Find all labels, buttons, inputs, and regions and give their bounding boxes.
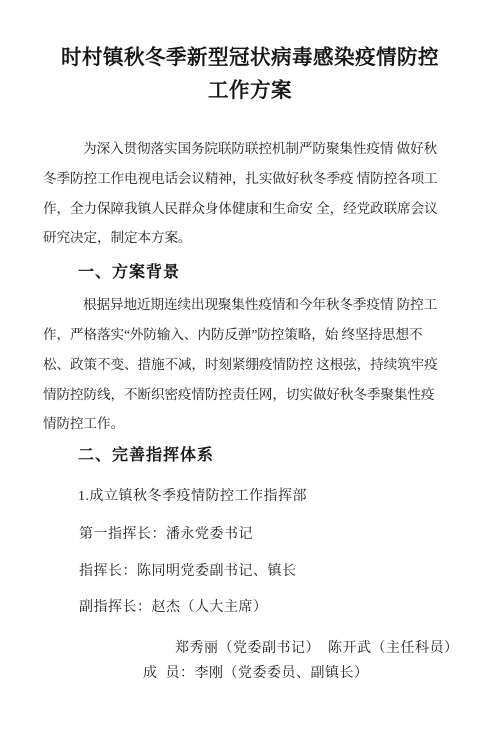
intro-paragraph-line: 为深入贯彻落实国务院联防联控机制严防聚集性疫情 做好秋 bbox=[83, 141, 437, 157]
section-1-paragraph-line: 松、政策不变、措施不减，时刻紧绷疫情防控 这根弦，持续筑牢疫 bbox=[43, 357, 438, 373]
section-1-paragraph-line: 根据异地近期连续出现聚集性疫情和今年秋冬季疫情 防控工 bbox=[83, 297, 437, 313]
intro-paragraph-line: 作，全力保障我镇人民群众身体健康和生命安 全，经党政联席会议 bbox=[43, 201, 438, 217]
role-commander: 指挥长：陈同明党委副书记、镇长 bbox=[79, 564, 297, 580]
role-first-commander: 第一指挥长：潘永党委书记 bbox=[79, 527, 253, 543]
section-1-paragraph-line: 作，严格落实“外防输入、内防反弹”防控策略，始 终坚持思想不 bbox=[43, 327, 423, 343]
role-deputy-commander: 副指挥长：赵杰（人大主席） bbox=[79, 600, 268, 616]
members-continuation-line: 郑秀丽（党委副书记） 陈开武（主任科员） bbox=[175, 641, 459, 657]
section-1-heading: 一、方案背景 bbox=[78, 264, 180, 282]
intro-paragraph-line: 研究决定，制定本方案。 bbox=[43, 230, 191, 246]
section-2-item-1: 1.成立镇秋冬季疫情防控工作指挥部 bbox=[78, 489, 307, 505]
document-page: 时村镇秋冬季新型冠状病毒感染疫情防控 工作方案 为深入贯彻落实国务院联防联控机制… bbox=[0, 0, 500, 737]
document-title-line-1: 时村镇秋冬季新型冠状病毒感染疫情防控 bbox=[0, 47, 500, 71]
section-1-paragraph-line: 情防控工作。 bbox=[43, 416, 124, 432]
members-line: 成 员：李刚（党委委员、副镇长） bbox=[143, 666, 369, 682]
section-1-paragraph-line: 情防控防线，不断织密疫情防控责任网，切实做好秋冬季聚集性疫 bbox=[43, 387, 434, 403]
section-2-heading: 二、完善指挥体系 bbox=[78, 447, 214, 465]
intro-paragraph-line: 冬季防控工作电视电话会议精神，扎实做好秋冬季疫 情防控各项工 bbox=[43, 171, 438, 187]
document-title-line-2: 工作方案 bbox=[0, 80, 500, 104]
